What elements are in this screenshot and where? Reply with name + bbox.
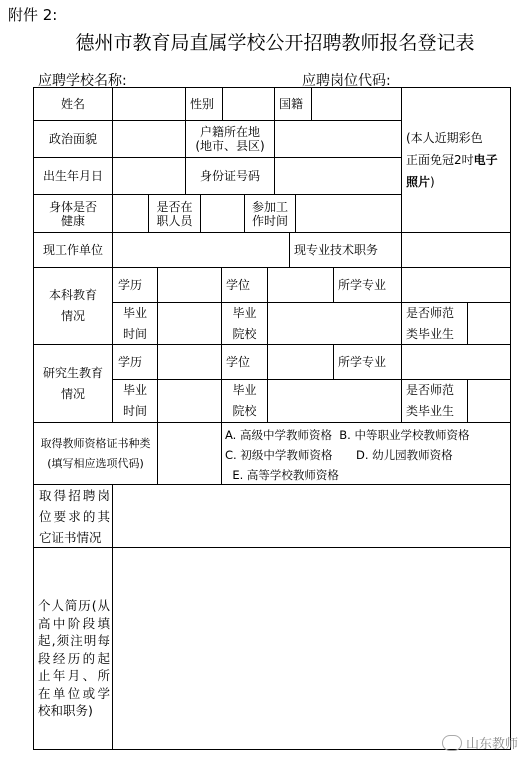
grad-major-label: 所学专业 bbox=[333, 344, 402, 380]
grad-grad-time-input[interactable] bbox=[157, 379, 222, 423]
photo-instructions: (本人近期彩色 正面免冠2吋电子 照片) bbox=[406, 127, 498, 193]
id-number-label: 身份证号码 bbox=[185, 157, 275, 195]
political-status-label: 政治面貌 bbox=[33, 120, 113, 158]
household-label: 户籍所在地(地市、县区) bbox=[185, 120, 275, 158]
wechat-icon bbox=[442, 735, 462, 751]
undergrad-academic-degree-input[interactable] bbox=[267, 267, 334, 303]
grad-label: 研究生教育情况 bbox=[33, 344, 113, 423]
health-label: 身体是否健康 bbox=[33, 194, 113, 233]
grad-academic-degree-label: 学位 bbox=[221, 344, 268, 380]
nationality-input[interactable] bbox=[311, 87, 402, 121]
undergrad-school-input[interactable] bbox=[267, 302, 402, 345]
grad-degree-input[interactable] bbox=[157, 344, 222, 380]
cert-options: A. 高级中学教师资格 B. 中等职业学校教师资格 C. 初级中学教师资格D. … bbox=[221, 422, 511, 485]
resume-input[interactable] bbox=[112, 547, 511, 750]
cert-option-c: C. 初级中学教师资格 bbox=[225, 445, 356, 465]
employed-input[interactable] bbox=[200, 194, 245, 233]
undergrad-label: 本科教育情况 bbox=[33, 267, 113, 345]
photo-box[interactable]: (本人近期彩色 正面免冠2吋电子 照片) bbox=[401, 87, 511, 233]
undergrad-academic-degree-label: 学位 bbox=[221, 267, 268, 303]
cert-option-d: D. 幼儿园教师资格 bbox=[356, 448, 453, 462]
cert-option-a: A. 高级中学教师资格 bbox=[225, 428, 332, 442]
grad-degree-label: 学历 bbox=[112, 344, 158, 380]
political-status-input[interactable] bbox=[112, 120, 186, 158]
other-certs-input[interactable] bbox=[112, 484, 511, 548]
grad-academic-degree-input[interactable] bbox=[267, 344, 334, 380]
cert-type-label: 取得教师资格证书种类(填写相应选项代码) bbox=[33, 422, 158, 485]
birth-date-input[interactable] bbox=[112, 157, 186, 195]
cert-option-e: E. 高等学校教师资格 bbox=[232, 468, 339, 482]
grad-normal-input[interactable] bbox=[467, 379, 511, 423]
undergrad-grad-time-input[interactable] bbox=[157, 302, 222, 345]
household-input[interactable] bbox=[274, 120, 402, 158]
current-employer-input[interactable] bbox=[112, 232, 290, 268]
undergrad-degree-label: 学历 bbox=[112, 267, 158, 303]
health-input[interactable] bbox=[112, 194, 149, 233]
work-start-label: 参加工作时间 bbox=[244, 194, 296, 233]
current-title-input[interactable] bbox=[401, 232, 511, 268]
work-start-input[interactable] bbox=[295, 194, 402, 233]
cert-option-b: B. 中等职业学校教师资格 bbox=[339, 428, 469, 442]
name-label: 姓名 bbox=[33, 87, 113, 121]
id-number-input[interactable] bbox=[274, 157, 402, 195]
gender-label: 性别 bbox=[185, 87, 223, 121]
undergrad-grad-time-label: 毕业时间 bbox=[112, 302, 158, 345]
undergrad-normal-input[interactable] bbox=[467, 302, 511, 345]
watermark: 山东教师 bbox=[442, 733, 518, 752]
nationality-label: 国籍 bbox=[274, 87, 312, 121]
undergrad-major-label: 所学专业 bbox=[333, 267, 402, 303]
undergrad-degree-input[interactable] bbox=[157, 267, 222, 303]
birth-date-label: 出生年月日 bbox=[33, 157, 113, 195]
grad-school-input[interactable] bbox=[267, 379, 402, 423]
gender-input[interactable] bbox=[222, 87, 275, 121]
other-certs-label: 取得招聘岗位要求的其它证书情况 bbox=[33, 484, 113, 548]
undergrad-normal-label: 是否师范类毕业生 bbox=[401, 302, 468, 345]
form-title: 德州市教育局直属学校公开招聘教师报名登记表 bbox=[0, 28, 530, 55]
grad-school-label: 毕业院校 bbox=[221, 379, 268, 423]
resume-label: 个人简历(从高中阶段填起,须注明每段经历的起止年月、所在单位或学校和职务) bbox=[33, 547, 113, 750]
current-employer-label: 现工作单位 bbox=[33, 232, 113, 268]
employed-label: 是否在职人员 bbox=[148, 194, 201, 233]
attachment-label: 附件 2: bbox=[8, 4, 57, 25]
grad-grad-time-label: 毕业时间 bbox=[112, 379, 158, 423]
undergrad-major-input[interactable] bbox=[401, 267, 511, 303]
grad-normal-label: 是否师范类毕业生 bbox=[401, 379, 468, 423]
undergrad-school-label: 毕业院校 bbox=[221, 302, 268, 345]
name-input[interactable] bbox=[112, 87, 186, 121]
cert-type-input[interactable] bbox=[157, 422, 222, 485]
grad-major-input[interactable] bbox=[401, 344, 511, 380]
current-title-label: 现专业技术职务 bbox=[289, 232, 402, 268]
